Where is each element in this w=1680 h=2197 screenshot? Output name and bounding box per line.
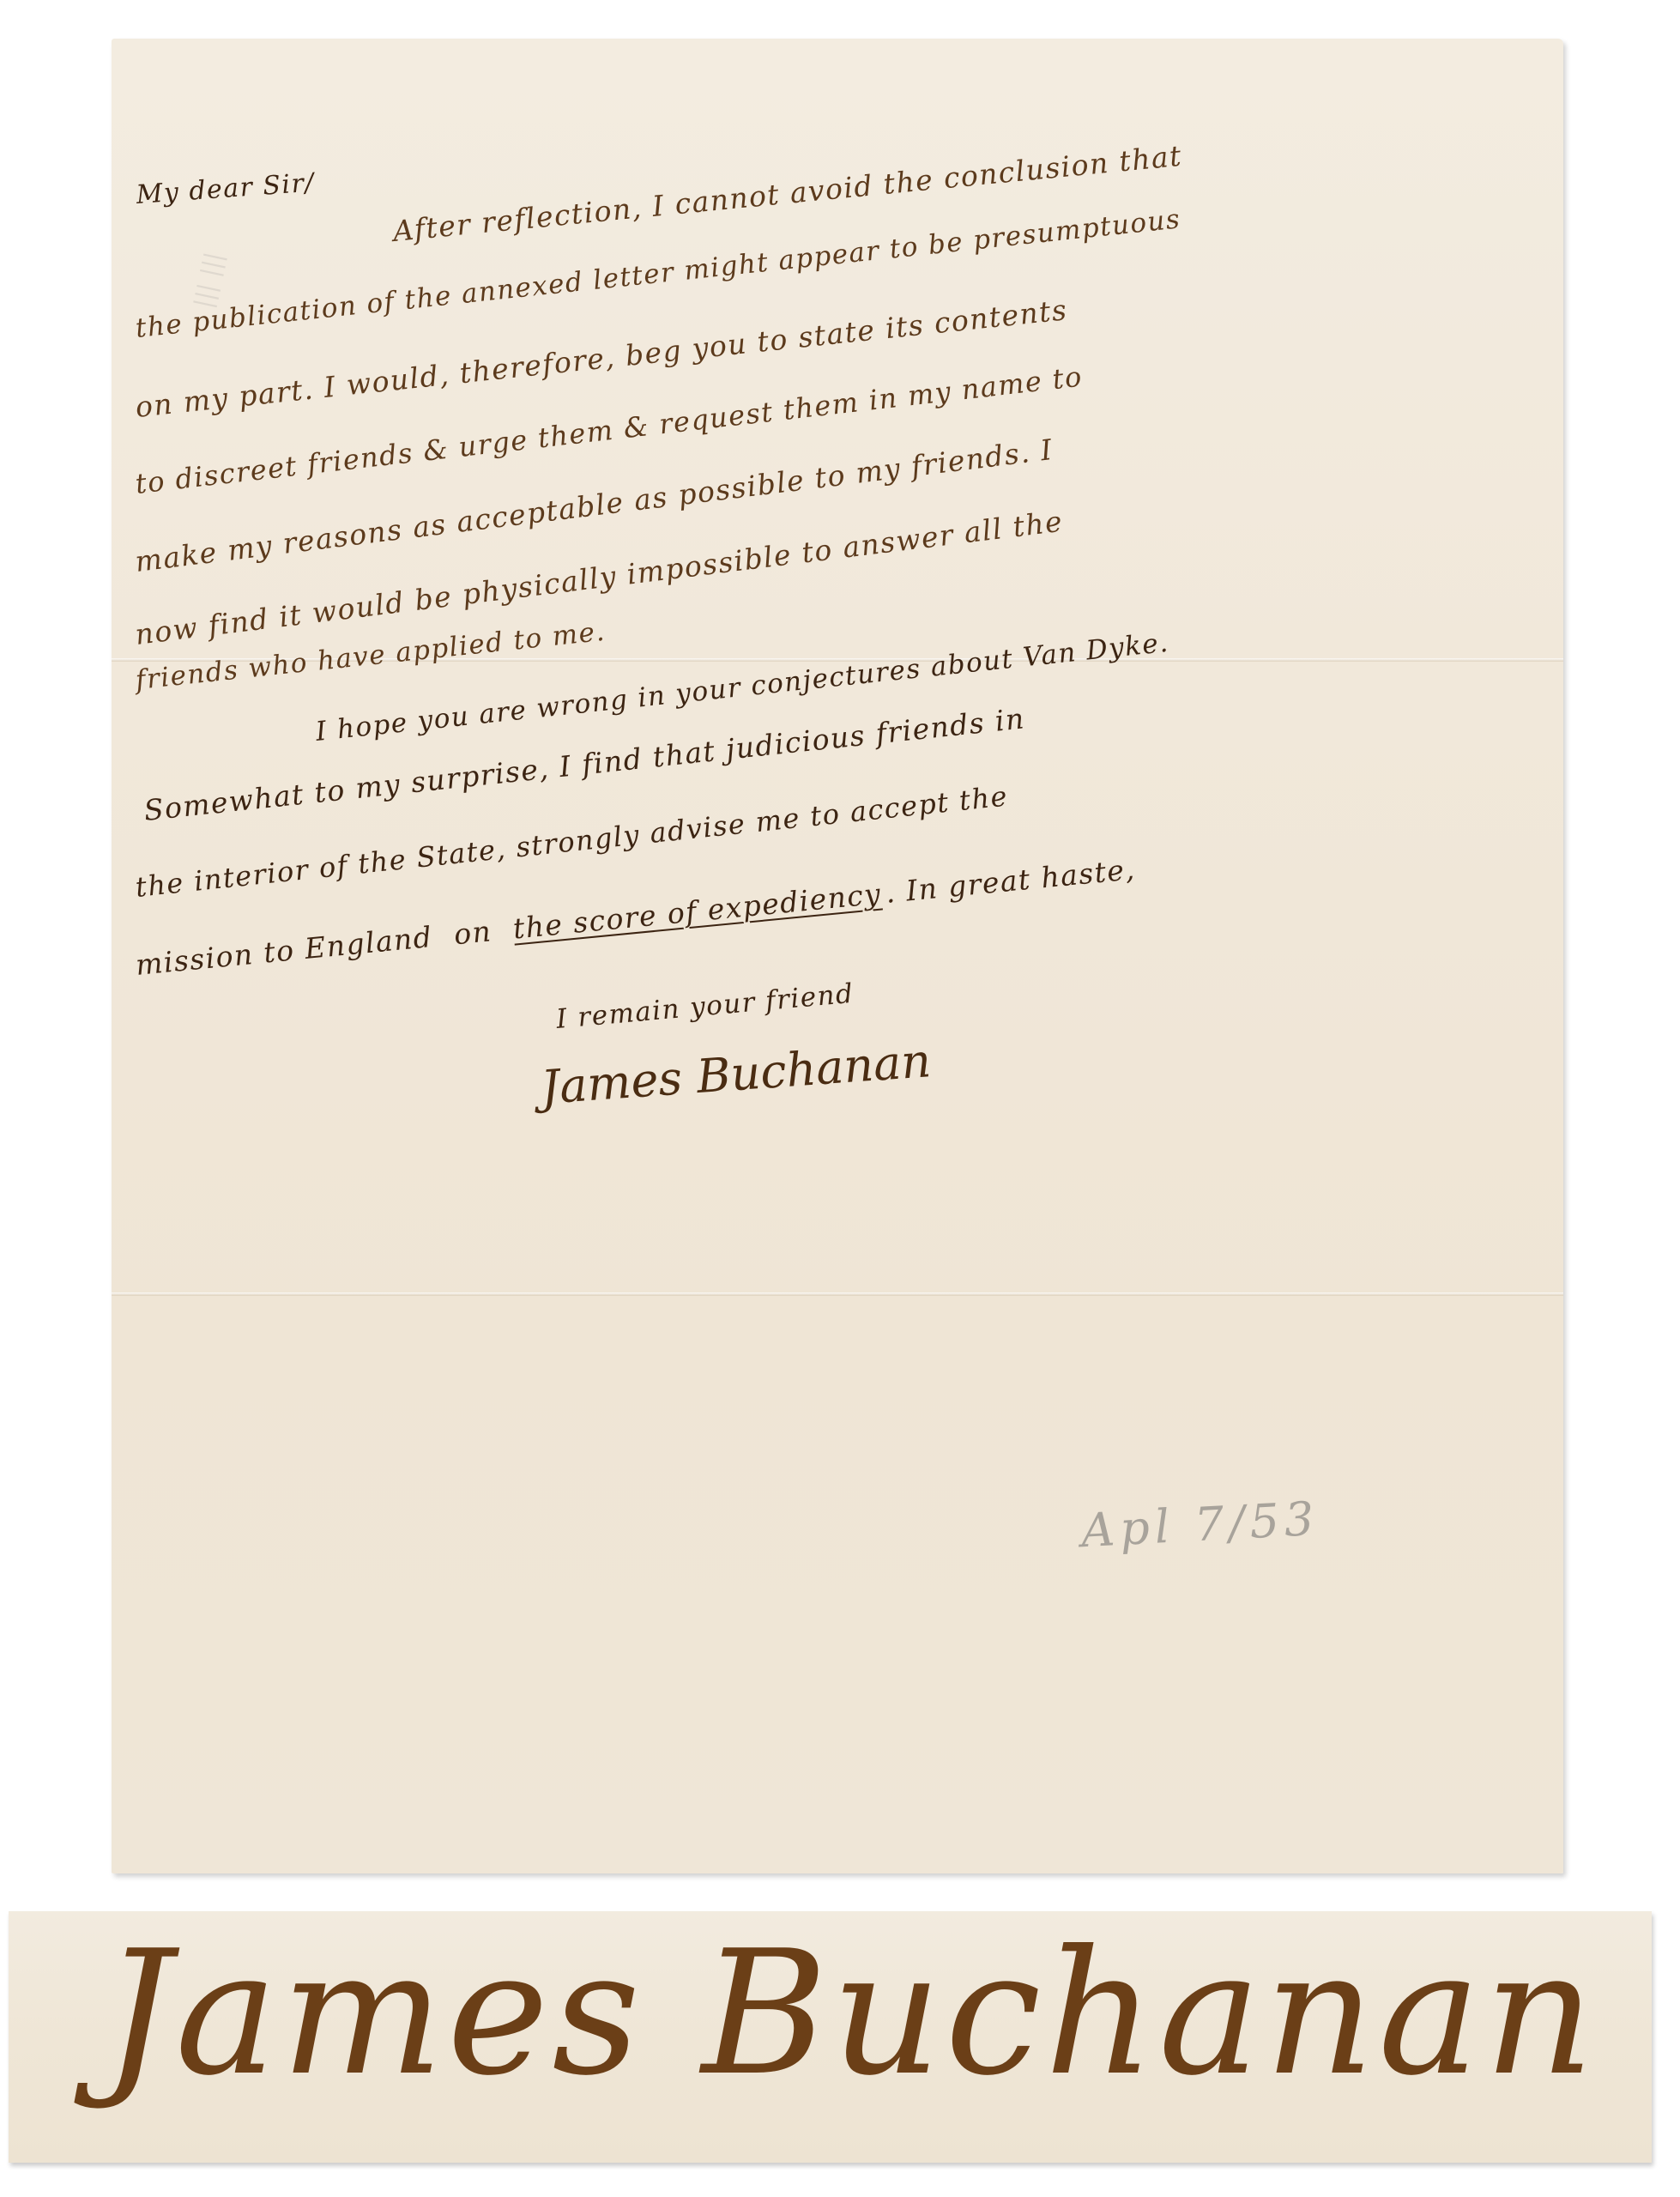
- signature-enlarged: James Buchanan: [103, 1928, 1598, 2100]
- bleed-through-marks: ||| |||: [189, 250, 228, 311]
- text-haste: . In great haste,: [884, 852, 1137, 910]
- signature-detail-panel: James Buchanan: [9, 1911, 1652, 2163]
- fold-line: [112, 1292, 1563, 1296]
- salutation: My dear Sir/: [136, 168, 316, 210]
- text-underlined-phrase: the score of expediency: [511, 877, 883, 946]
- closing: I remain your friend: [555, 978, 855, 1035]
- text-on: on: [452, 914, 493, 951]
- pencil-date-annotation: Apl 7/53: [1080, 1492, 1320, 1558]
- signature: James Buchanan: [539, 1033, 933, 1115]
- letter-page: ||| ||| My dear Sir/ After reflection, I…: [112, 39, 1563, 1873]
- text-mission: mission to England: [134, 920, 434, 982]
